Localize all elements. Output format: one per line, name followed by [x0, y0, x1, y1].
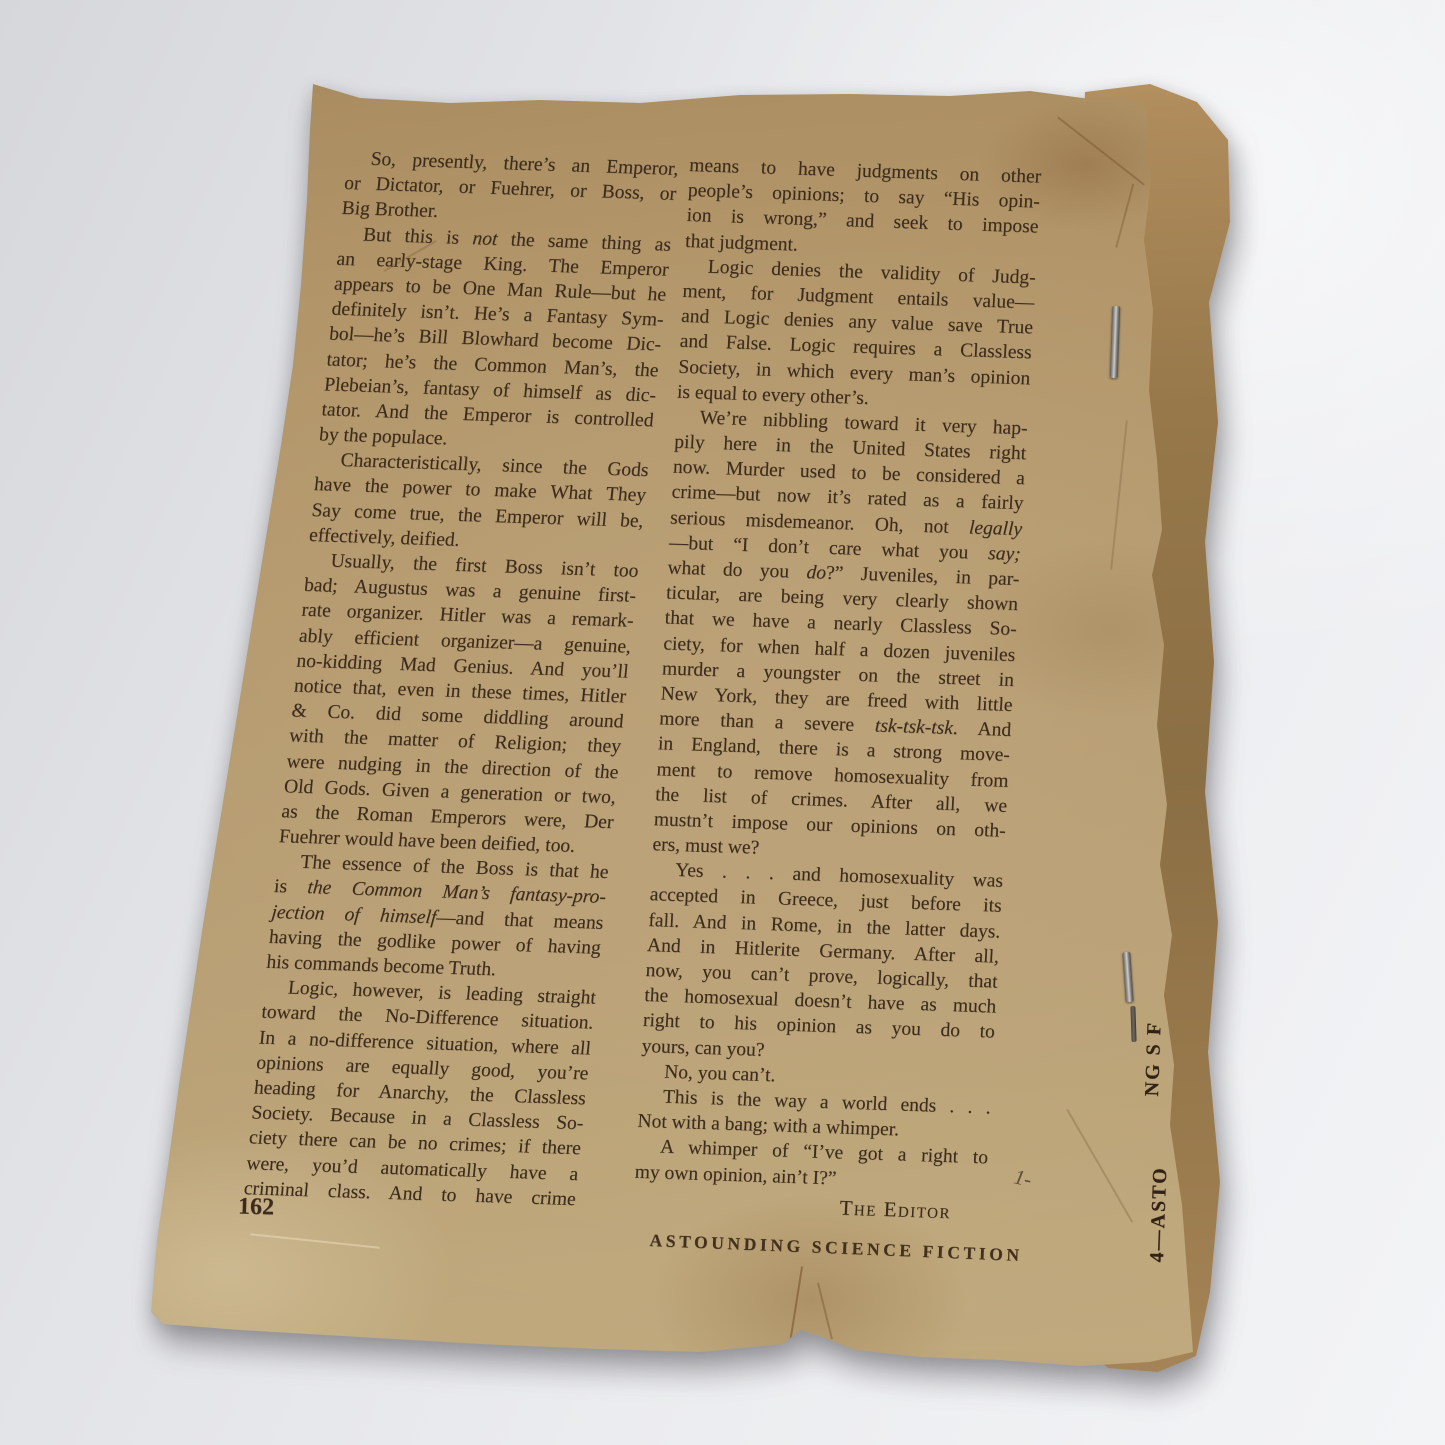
footer-title: ASTOUNDING SCIENCE FICTION	[649, 1230, 1023, 1266]
paragraph: means to have judgments on otherpeople’s…	[685, 153, 1042, 265]
paragraph: Logic, however, is leading straighttowar…	[243, 975, 597, 1212]
page-number: 162	[238, 1194, 275, 1222]
crease	[1067, 1109, 1133, 1222]
crease	[1057, 116, 1145, 185]
text-column-left: So, presently, there’s an Emperor,or Dic…	[243, 146, 680, 1212]
paragraph: A whimper of “I’ve got a right tomy own …	[634, 1134, 989, 1196]
text-column-right: means to have judgments on otherpeople’s…	[633, 153, 1042, 1225]
crease	[1110, 420, 1128, 569]
paragraph: Characteristically, since the Godshave t…	[308, 447, 650, 558]
paragraph: We’re nibbling toward it very hap-pily h…	[652, 405, 1028, 869]
crease	[1116, 184, 1135, 248]
pencil-mark: 1-	[1012, 1164, 1034, 1192]
paragraph: Logic denies the validity of Judg-ment, …	[676, 254, 1036, 417]
magazine: So, presently, there’s an Emperor,or Dic…	[0, 0, 1445, 1445]
background-surface: So, presently, there’s an Emperor,or Dic…	[0, 0, 1445, 1445]
spine-text-upper: NG S F	[1141, 1021, 1167, 1097]
page-tear	[817, 1283, 833, 1340]
page-tear	[789, 1266, 803, 1343]
paragraph: Usually, the first Boss isn’t toobad; Au…	[278, 548, 640, 860]
paragraph: But this is not the same thing asan earl…	[318, 221, 672, 458]
paragraph: Yes . . . and homosexuality wasaccepted …	[641, 857, 1004, 1070]
crease	[250, 1233, 379, 1249]
spine-text-lower: 4—ASTO	[1146, 1166, 1172, 1263]
paragraph: The essence of the Boss is that heis the…	[265, 849, 609, 986]
paragraph: So, presently, there’s an Emperor,or Dic…	[340, 146, 679, 232]
